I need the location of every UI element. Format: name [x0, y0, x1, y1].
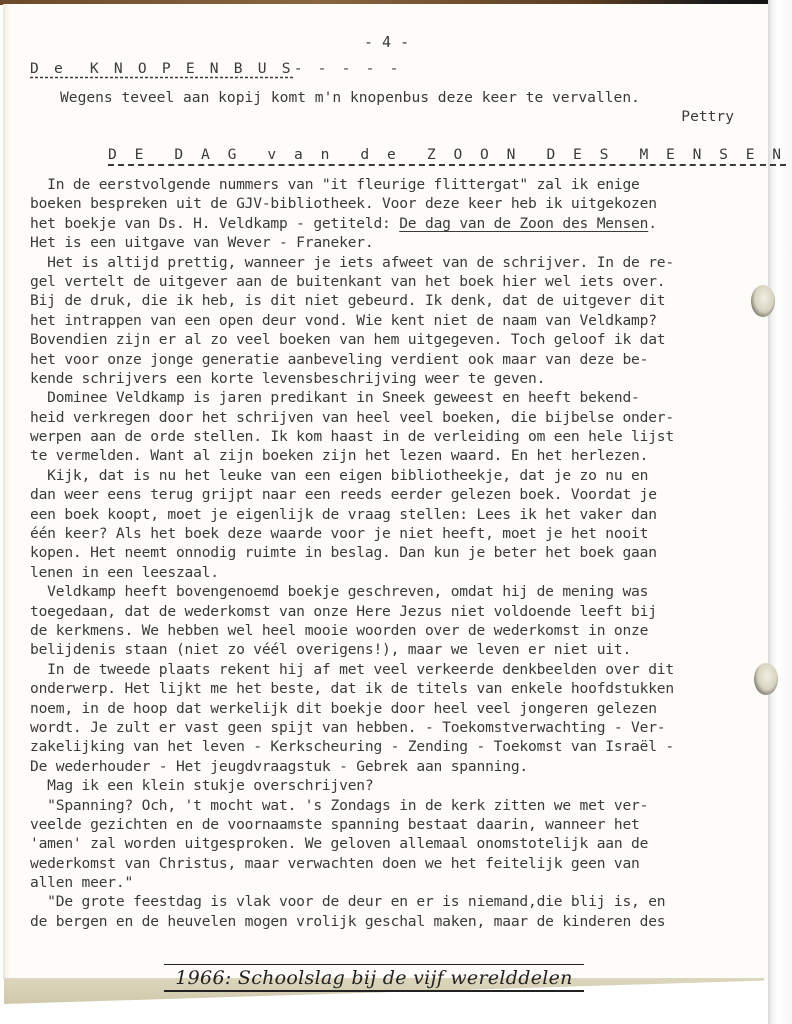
article-body: In de eerstvolgende nummers van "it fleu… — [30, 175, 750, 931]
article-line: werpen aan de orde stellen. Ik kom haast… — [30, 427, 750, 446]
article-line: dan weer eens terug grijpt naar een reed… — [30, 485, 750, 504]
punch-hole-icon — [754, 663, 778, 695]
article-line: kende schrijvers een korte levensbeschri… — [30, 369, 750, 388]
article-line: In de eerstvolgende nummers van "it fleu… — [30, 175, 750, 194]
article-line: De wederhouder - Het jeugdvraagstuk - Ge… — [30, 757, 750, 776]
article-line: Bij de druk, die ik heb, is dit niet geb… — [30, 291, 750, 310]
footer-banner: 1966: Schoolslag bij de vijf werelddelen — [164, 964, 584, 992]
article-line: één keer? Als het boek deze waarde voor … — [30, 524, 750, 543]
article-line: lenen in een leeszaal. — [30, 563, 750, 582]
article-line: het voor onze jonge generatie aanbevelin… — [30, 350, 750, 369]
article-line: toegedaan, dat de wederkomst van onze He… — [30, 602, 750, 621]
article-line: onderwerp. Het lijkt me het beste, dat i… — [30, 679, 750, 698]
article-line: Bovendien zijn er al zo veel boeken van … — [30, 330, 750, 349]
article-line: een boek koopt, moet je eigenlijk de vra… — [30, 505, 750, 524]
article-line: "Spanning? Och, 't mocht wat. 's Zondags… — [30, 796, 750, 815]
knopenbus-title-dashes: - - - - - — [294, 60, 402, 77]
article-line: te vermelden. Want al zijn boeken zijn h… — [30, 446, 750, 465]
article-line-text: het boekje van Ds. H. Veldkamp - getitel… — [30, 215, 399, 232]
article-line: het intrappen van een open deur vond. Wi… — [30, 311, 750, 330]
article-line: de kerkmens. We hebben wel heel mooie wo… — [30, 621, 750, 640]
article-line: Het is altijd prettig, wanneer je iets a… — [30, 253, 750, 272]
article-line: Het is een uitgave van Wever - Franeker. — [30, 233, 750, 252]
article-line: het boekje van Ds. H. Veldkamp - getitel… — [30, 214, 750, 233]
article-line: belijdenis staan (niet zo véél overigens… — [30, 640, 750, 659]
article-line: Kijk, dat is nu het leuke van een eigen … — [30, 466, 750, 485]
article-line: noem, in de hoop dat werkelijk dit boekj… — [30, 699, 750, 718]
knopenbus-title: D e K N O P E N B U S — [30, 60, 294, 77]
punch-hole-icon — [751, 285, 775, 317]
article-line: 'amen' zal worden uitgesproken. We gelov… — [30, 834, 750, 853]
book-title: De dag van de Zoon des Mensen — [399, 215, 648, 232]
article-line: Dominee Veldkamp is jaren predikant in S… — [30, 388, 750, 407]
article-line: boeken bespreken uit de GJV-bibliotheek.… — [30, 194, 750, 213]
author-signature: Pettry — [681, 108, 734, 125]
article-line-text: . — [648, 215, 657, 232]
article-line: heid verkregen door het schrijven van he… — [30, 408, 750, 427]
article-line: de bergen en de heuvelen mogen vrolijk g… — [30, 912, 750, 931]
article-line: In de tweede plaats rekent hij af met ve… — [30, 660, 750, 679]
article-line: veelde gezichten en de voornaamste spann… — [30, 815, 750, 834]
article-line: Veldkamp heeft bovengenoemd boekje gesch… — [30, 582, 750, 601]
page-number: - 4 - — [364, 33, 409, 51]
article-line: allen meer." — [30, 873, 750, 892]
article-line: wordt. Je zult er vast geen spijt van he… — [30, 718, 750, 737]
article-line: Mag ik een klein stukje overschrijven? — [30, 776, 750, 795]
knopenbus-heading: D e K N O P E N B U S- - - - - — [30, 60, 402, 77]
article-line: "De grote feestdag is vlak voor de deur … — [30, 892, 750, 911]
article-line: zakelijking van het leven - Kerkscheurin… — [30, 737, 750, 756]
article-title: D E D A G v a n d e Z O O N D E S M E N … — [108, 146, 786, 166]
article-line: gel vertelt de uitgever aan de buitenkan… — [30, 272, 750, 291]
knopenbus-text: Wegens teveel aan kopij komt m'n knopenb… — [60, 89, 640, 106]
article-line: wederkomst van Christus, maar verwachten… — [30, 854, 750, 873]
article-line: kopen. Het neemt onnodig ruimte in besla… — [30, 543, 750, 562]
